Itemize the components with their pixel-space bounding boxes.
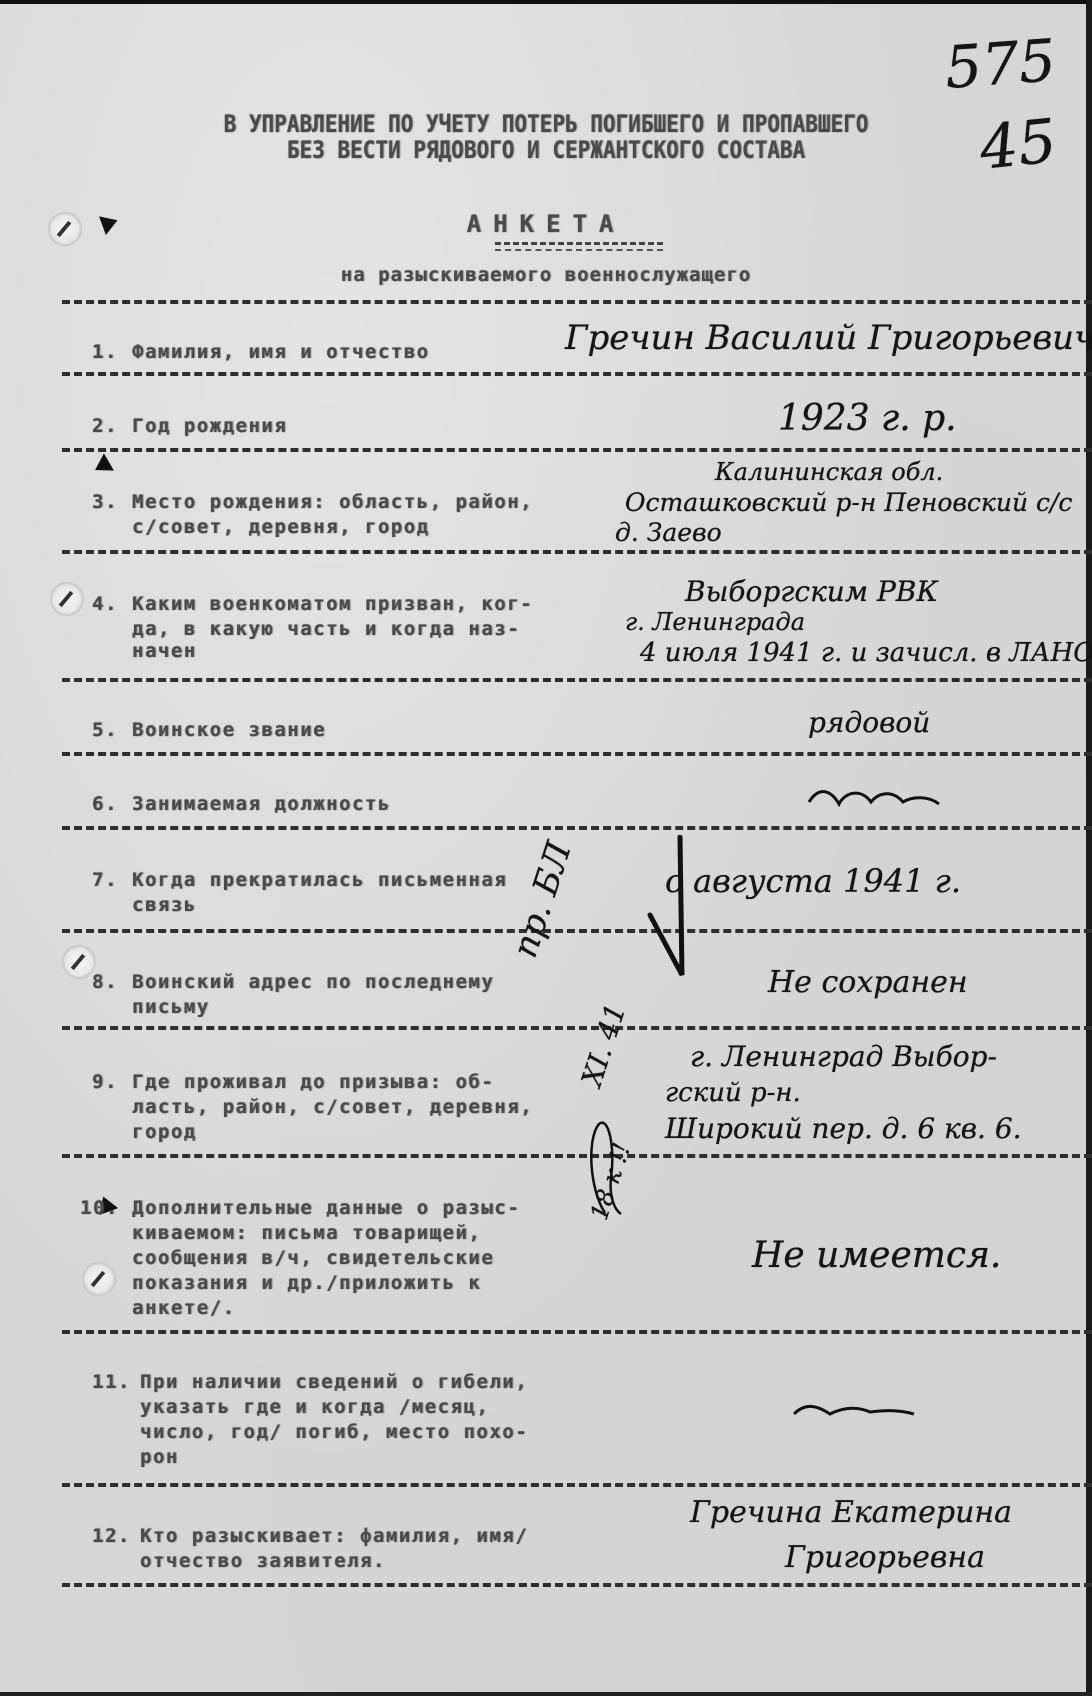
form-subtitle: на разыскиваемого военнослужащего bbox=[0, 264, 1092, 286]
field-12-answer-line-1: Гречина Екатерина bbox=[690, 1495, 1012, 1530]
header-line-2: БЕЗ ВЕСТИ РЯДОВОГО И СЕРЖАНТСКОГО СОСТАВ… bbox=[0, 136, 1092, 164]
rule bbox=[62, 678, 1092, 682]
field-3-label: 3.Место рождения: область, район, с/сове… bbox=[92, 490, 612, 540]
rule bbox=[62, 929, 1092, 933]
field-5-label: 5.Воинское звание bbox=[92, 718, 612, 743]
pin-mark-icon bbox=[90, 453, 114, 478]
field-7-answer: с августа 1941 г. bbox=[665, 862, 961, 900]
field-12-answer-line-2: Григорьевна bbox=[785, 1540, 985, 1575]
field-8-label: 8.Воинский адрес по последнему письму bbox=[92, 970, 612, 1020]
rule bbox=[62, 752, 1092, 756]
field-11-answer-dash bbox=[790, 1398, 920, 1422]
scan-border-right bbox=[1086, 0, 1092, 1696]
title-underline bbox=[495, 242, 663, 251]
rule bbox=[62, 1583, 1092, 1587]
rule bbox=[62, 448, 1092, 452]
field-4-label: 4.Каким военкоматом призван, ког- да, в … bbox=[92, 592, 612, 660]
scan-border-bottom bbox=[0, 1692, 1092, 1696]
field-4-answer-line-1: Выборгским РВК bbox=[685, 575, 938, 608]
field-1-label: 1.Фамилия, имя и отчество bbox=[92, 340, 612, 365]
field-10-answer: Не имеется. bbox=[752, 1235, 1001, 1276]
field-1-answer: Гречин Василий Григорьевич bbox=[565, 318, 1092, 358]
field-12-label: 12.Кто разыскивает: фамилия, имя/ отчест… bbox=[92, 1524, 612, 1574]
archive-number-top: 575 bbox=[943, 26, 1058, 102]
rule bbox=[62, 1154, 1092, 1158]
punch-hole-icon bbox=[62, 945, 96, 979]
field-3-answer-line-3: д. Заево bbox=[615, 518, 722, 547]
field-11-label: 11.При наличии сведений о гибели, указат… bbox=[92, 1370, 612, 1470]
field-10-label: 10.Дополнительные данные о разыс- киваем… bbox=[80, 1196, 600, 1321]
form-title: АНКЕТА bbox=[0, 210, 1092, 238]
punch-hole-icon bbox=[50, 582, 84, 616]
rule bbox=[62, 1026, 1092, 1030]
field-9-answer-line-3: Широкий пер. д. 6 кв. 6. bbox=[665, 1112, 1022, 1145]
field-9-answer-line-1: г. Ленинград Выбор- bbox=[690, 1040, 997, 1073]
rule bbox=[62, 1330, 1092, 1334]
field-9-label: 9.Где проживал до призыва: об- ласть, ра… bbox=[92, 1070, 612, 1145]
field-8-answer: Не сохранен bbox=[768, 965, 968, 1000]
field-2-answer: 1923 г. р. bbox=[778, 398, 957, 439]
rule bbox=[62, 550, 1092, 554]
header-line-1: В УПРАВЛЕНИЕ ПО УЧЕТУ ПОТЕРЬ ПОГИБШЕГО И… bbox=[0, 110, 1092, 138]
margin-signature-loop-icon bbox=[585, 1118, 625, 1218]
field-2-label: 2.Год рождения bbox=[92, 414, 612, 439]
field-3-answer-line-2: Осташковский р-н Пеновский с/с bbox=[625, 488, 1072, 517]
rule bbox=[62, 1483, 1092, 1487]
field-4-answer-line-3: 4 июля 1941 г. и зачисл. в ЛАНО. bbox=[640, 638, 1092, 668]
field-6-answer-dash bbox=[805, 782, 945, 812]
checkmark-icon bbox=[640, 835, 700, 985]
rule bbox=[62, 372, 1092, 376]
field-3-answer-line-1: Калининская обл. bbox=[715, 458, 943, 486]
field-4-answer-line-2: г. Ленинграда bbox=[625, 608, 805, 636]
scan-border-top bbox=[0, 0, 1092, 4]
field-6-label: 6.Занимаемая должность bbox=[92, 792, 612, 817]
rule bbox=[62, 826, 1092, 830]
document-page: 575 45 В УПРАВЛЕНИЕ ПО УЧЕТУ ПОТЕРЬ ПОГИ… bbox=[0, 0, 1092, 1696]
field-9-answer-line-2: гский р-н. bbox=[665, 1078, 801, 1108]
rule bbox=[62, 300, 1092, 304]
field-5-answer: рядовой bbox=[808, 706, 930, 739]
